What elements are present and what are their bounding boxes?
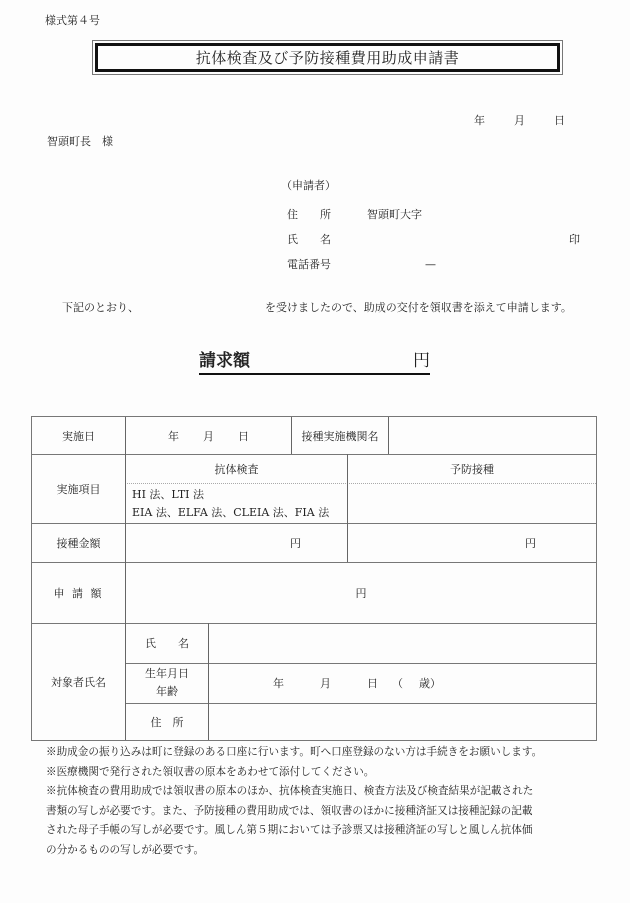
- subject-birth-label: 生年月日 年齢: [126, 663, 208, 703]
- impl-day-label: 日: [238, 428, 249, 444]
- vaccination-field[interactable]: [348, 484, 596, 523]
- date-label: 実施日: [32, 417, 125, 454]
- addressee: 智頭町長 様: [47, 133, 113, 149]
- impl-year-label: 年: [168, 428, 179, 444]
- institution-field[interactable]: [389, 417, 596, 454]
- subject-birth-field[interactable]: 年 月 日 （ 歳）: [209, 663, 596, 703]
- applicant-phone-row: 電話番号—: [287, 256, 436, 272]
- applicant-heading: （申請者）: [281, 177, 336, 193]
- request-label: 申 請 額: [32, 562, 125, 623]
- institution-label: 接種実施機関名: [292, 417, 388, 454]
- notes: ※助成金の振り込みは町に登録のある口座に行います。町へ口座登録のない方は手続きを…: [46, 743, 606, 860]
- applicant-name-label: 氏 名: [287, 231, 367, 247]
- note-line: ※医療機関で発行された領収書の原本をあわせて添付してください。: [46, 763, 606, 783]
- note-line: の分かるものの写しが必要です。: [46, 841, 606, 861]
- impl-month-label: 月: [203, 428, 214, 444]
- request-amount-field[interactable]: 円: [126, 562, 596, 623]
- antibody-method-line: EIA 法、ELFA 法、CLEIA 法、FIA 法: [132, 504, 329, 522]
- antibody-method-line: HI 法、LTI 法: [132, 486, 329, 504]
- note-line: ※助成金の振り込みは町に登録のある口座に行います。町へ口座登録のない方は手続きを…: [46, 743, 606, 763]
- application-date: 年 月 日: [474, 112, 565, 128]
- vaccination-fee-field[interactable]: 円: [348, 523, 596, 562]
- vaccination-header: 予防接種: [348, 454, 596, 483]
- antibody-methods[interactable]: HI 法、LTI 法 EIA 法、ELFA 法、CLEIA 法、FIA 法: [132, 486, 329, 522]
- subject-address-label: 住 所: [126, 703, 208, 740]
- date-month-label: 月: [514, 112, 525, 128]
- applicant-address-value[interactable]: 智頭町大字: [367, 208, 422, 221]
- claim-amount-line[interactable]: 請求額 円: [199, 346, 430, 375]
- request-unit: 円: [356, 585, 367, 601]
- subject-label: 対象者氏名: [32, 623, 125, 740]
- birth-year-label: 年: [273, 675, 284, 691]
- claim-label: 請求額: [199, 346, 250, 371]
- note-line: された母子手帳の写しが必要です。風しん第５期においては予診票又は接種済証の写しと…: [46, 821, 606, 841]
- birth-month-label: 月: [320, 675, 331, 691]
- vaccination-fee-unit: 円: [525, 535, 536, 551]
- applicant-address-label: 住 所: [287, 206, 367, 222]
- applicant-name-row: 氏 名: [287, 231, 367, 247]
- subject-name-label: 氏 名: [126, 623, 208, 663]
- subject-name-field[interactable]: [209, 623, 596, 663]
- claim-unit: 円: [413, 346, 430, 371]
- form-number: 様式第４号: [45, 12, 100, 28]
- birthdate-label: 生年月日: [145, 665, 189, 683]
- note-line: 書類の写しが必要です。また、予防接種の費用助成では、領収書のほかに接種済証又は接…: [46, 802, 606, 822]
- birth-day-label: 日: [367, 675, 378, 691]
- antibody-fee-unit: 円: [290, 535, 301, 551]
- intro-prefix: 下記のとおり、: [62, 299, 139, 315]
- items-label: 実施項目: [32, 454, 125, 523]
- applicant-address-row: 住 所智頭町大字: [287, 206, 422, 222]
- applicant-phone-label: 電話番号: [287, 256, 367, 272]
- title-box: 抗体検査及び予防接種費用助成申請書: [92, 40, 563, 75]
- age-open-paren: （: [392, 675, 403, 691]
- date-day-label: 日: [554, 112, 565, 128]
- page-title: 抗体検査及び予防接種費用助成申請書: [95, 43, 560, 72]
- antibody-header: 抗体検査: [126, 454, 347, 483]
- application-table: 実施日 年 月 日 接種実施機関名 実施項目 抗体検査 予防接種 HI 法、LT…: [31, 416, 597, 741]
- note-line: ※抗体検査の費用助成では領収書の原本のほか、抗体検査実施日、検査方法及び検査結果…: [46, 782, 606, 802]
- implementation-date-field[interactable]: 年 月 日: [126, 417, 291, 454]
- phone-separator: —: [425, 258, 436, 271]
- age-unit-label: 歳）: [419, 675, 441, 691]
- subject-address-field[interactable]: [209, 703, 596, 740]
- seal-mark: 印: [569, 231, 580, 247]
- antibody-fee-field[interactable]: 円: [126, 523, 347, 562]
- intro-suffix: を受けましたので、助成の交付を領収書を添えて申請します。: [265, 299, 572, 315]
- fee-label: 接種金額: [32, 523, 125, 562]
- date-year-label: 年: [474, 112, 485, 128]
- age-label: 年齢: [156, 683, 178, 701]
